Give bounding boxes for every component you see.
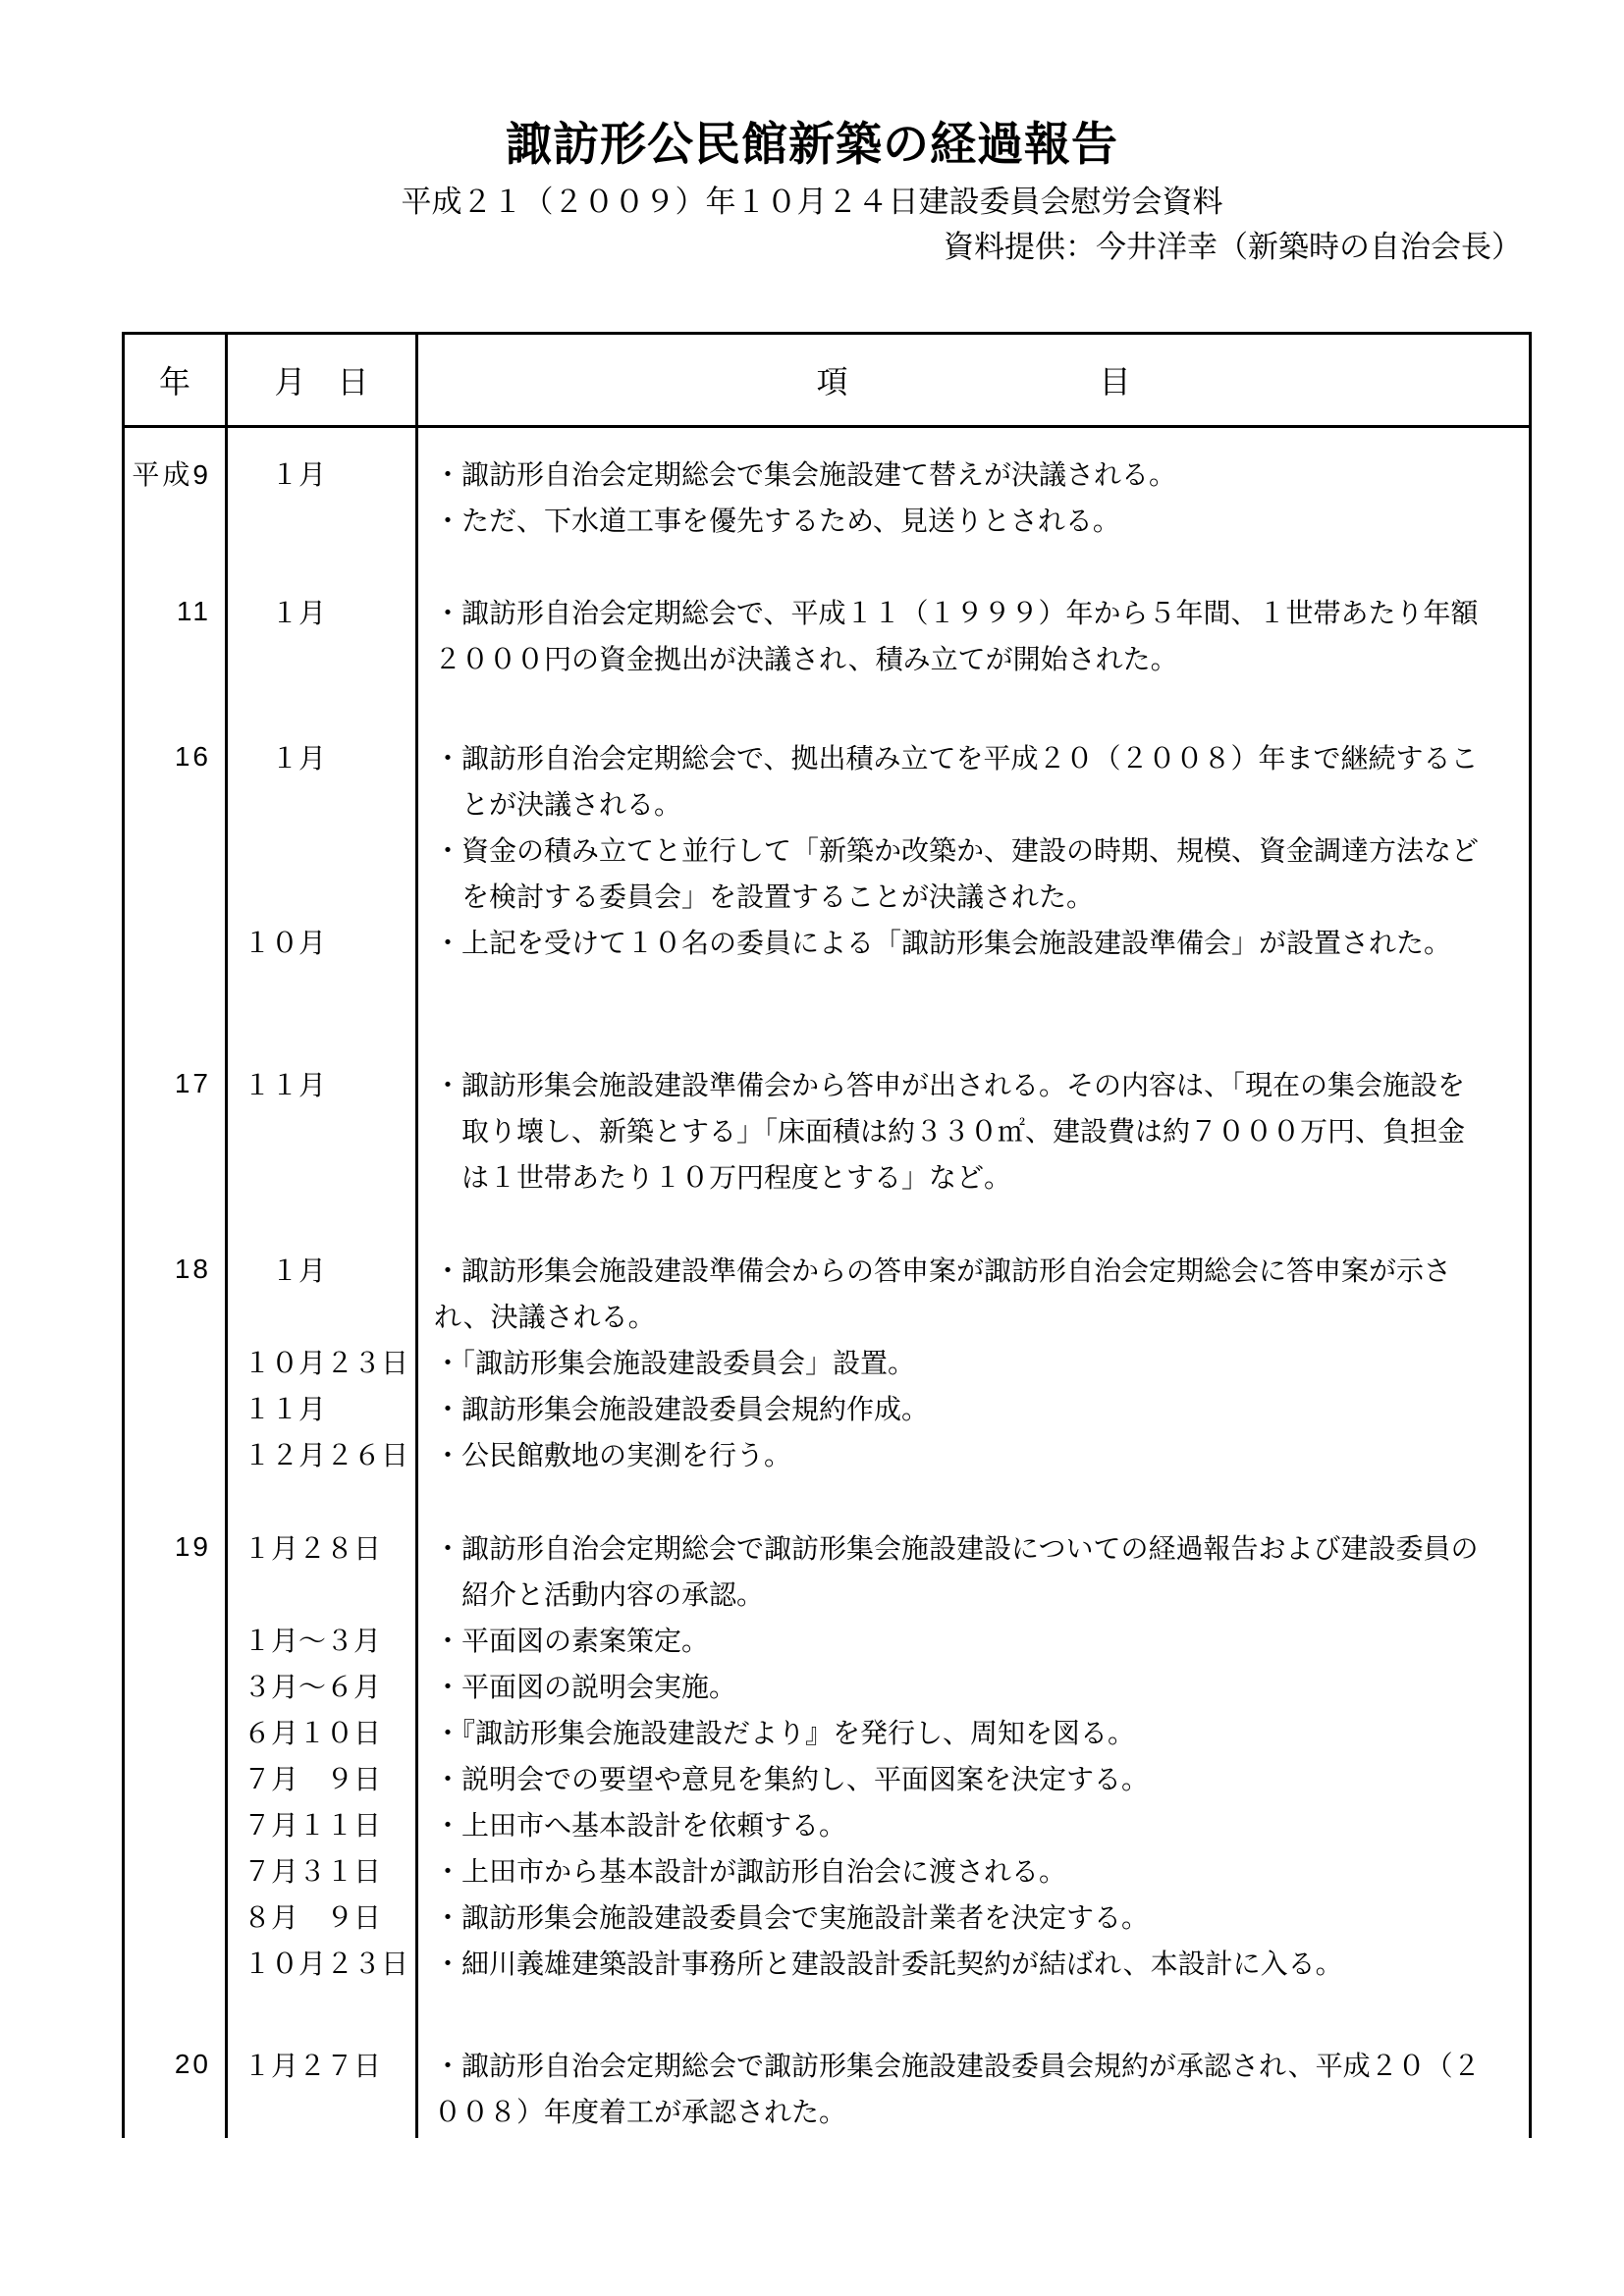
year-cell [125, 1662, 225, 1708]
year-cell: 平成9 [125, 450, 225, 496]
table-line: を検討する委員会」を設置することが決議された。 [125, 872, 1529, 918]
table-line: １１月・諏訪形集会施設建設委員会規約作成。 [125, 1384, 1529, 1430]
item-text: ・説明会での要望や意見を集約し、平面図案を決定する。 [418, 1754, 1529, 1800]
table-line: ００８）年度着工が承認された。 [125, 2087, 1529, 2133]
item-text: ・諏訪形自治会定期総会で諏訪形集会施設建設についての経過報告および建設委員の [418, 1523, 1529, 1570]
page-title: 諏訪形公民館新築の経過報告 [0, 108, 1624, 174]
table-line: ７月１１日・上田市へ基本設計を依頼する。 [125, 1800, 1529, 1846]
item-text: ・諏訪形自治会定期総会で、拠出積み立てを平成２０（２００８）年まで継続するこ [418, 733, 1529, 779]
item-text: 取り壊し、新築とする」「床面積は約３３０㎡、建設費は約７０００万円、負担金 [418, 1106, 1529, 1152]
table-line: とが決議される。 [125, 779, 1529, 826]
date-cell [225, 1152, 418, 1199]
table-line: １０月２３日・細川義雄建築設計事務所と建設設計委託契約が結ばれ、本設計に入る。 [125, 1939, 1529, 1985]
row-gap [125, 680, 1529, 733]
year-cell [125, 2087, 225, 2133]
item-text: は１世帯あたり１０万円程度とする」など。 [418, 1152, 1529, 1199]
year-cell [125, 496, 225, 542]
table-line: ２０００円の資金拠出が決議され、積み立てが開始された。 [125, 634, 1529, 680]
item-text: ・「諏訪形集会施設建設委員会」設置。 [418, 1338, 1529, 1384]
table-line: 20１月２７日・諏訪形自治会定期総会で諏訪形集会施設建設委員会規約が承認され、平… [125, 2041, 1529, 2087]
year-cell [125, 1846, 225, 1893]
table-header-row: 年 月 日 項 目 [125, 335, 1529, 428]
date-cell: １１月 [225, 1384, 418, 1430]
date-cell: １月 [225, 733, 418, 779]
date-cell [225, 496, 418, 542]
table-line: ７月３１日・上田市から基本設計が諏訪形自治会に渡される。 [125, 1846, 1529, 1893]
year-cell [125, 918, 225, 964]
date-cell: １月２７日 [225, 2041, 418, 2087]
date-cell: ３月～６月 [225, 1662, 418, 1708]
item-text: ・上田市から基本設計が諏訪形自治会に渡される。 [418, 1846, 1529, 1893]
row-gap [125, 964, 1529, 1060]
date-cell [225, 1106, 418, 1152]
item-text: ・諏訪形自治会定期総会で集会施設建て替えが決議される。 [418, 450, 1529, 496]
year-cell [125, 1338, 225, 1384]
table-line: １０月２３日・「諏訪形集会施設建設委員会」設置。 [125, 1338, 1529, 1384]
table-line: ・資金の積み立てと並行して「新築か改築か、建設の時期、規模、資金調達方法など [125, 826, 1529, 872]
date-cell: １０月 [225, 918, 418, 964]
item-text: ・細川義雄建築設計事務所と建設設計委託契約が結ばれ、本設計に入る。 [418, 1939, 1529, 1985]
table-line: １０月・上記を受けて１０名の委員による「諏訪形集会施設建設準備会」が設置された。 [125, 918, 1529, 964]
date-cell: １１月 [225, 1060, 418, 1106]
header-item: 項 目 [418, 335, 1529, 425]
year-cell [125, 1939, 225, 1985]
item-text: れ、決議される。 [418, 1292, 1529, 1338]
table-line: 17１１月・諏訪形集会施設建設準備会から答申が出される。その内容は、「現在の集会… [125, 1060, 1529, 1106]
item-text: ・平面図の説明会実施。 [418, 1662, 1529, 1708]
item-text: ・上記を受けて１０名の委員による「諏訪形集会施設建設準備会」が設置された。 [418, 918, 1529, 964]
item-text: 紹介と活動内容の承認。 [418, 1570, 1529, 1616]
year-cell [125, 1893, 225, 1939]
year-cell: 17 [125, 1060, 225, 1106]
row-gap [125, 1985, 1529, 2041]
year-cell: 20 [125, 2041, 225, 2087]
year-cell [125, 1152, 225, 1199]
table-line: 18 １月・諏訪形集会施設建設準備会からの答申案が諏訪形自治会定期総会に答申案が… [125, 1246, 1529, 1292]
year-cell [125, 1106, 225, 1152]
year-cell [125, 1430, 225, 1476]
date-cell: １月 [225, 1246, 418, 1292]
date-cell [225, 779, 418, 826]
item-text: ・ただ、下水道工事を優先するため、見送りとされる。 [418, 496, 1529, 542]
document-page: 諏訪形公民館新築の経過報告 平成２１（２００９）年１０月２４日建設委員会慰労会資… [0, 0, 1624, 2296]
table-line: 19１月２８日・諏訪形自治会定期総会で諏訪形集会施設建設についての経過報告および… [125, 1523, 1529, 1570]
date-cell: ８月 ９日 [225, 1893, 418, 1939]
year-cell [125, 1570, 225, 1616]
date-cell: ６月１０日 [225, 1708, 418, 1754]
header-month-day: 月 日 [225, 335, 418, 425]
year-cell [125, 872, 225, 918]
table-line: 平成9 １月・諏訪形自治会定期総会で集会施設建て替えが決議される。 [125, 450, 1529, 496]
date-cell: １０月２３日 [225, 1939, 418, 1985]
item-text: ２０００円の資金拠出が決議され、積み立てが開始された。 [418, 634, 1529, 680]
item-text: を検討する委員会」を設置することが決議された。 [418, 872, 1529, 918]
table-line: ６月１０日・『諏訪形集会施設建設だより』を発行し、周知を図る。 [125, 1708, 1529, 1754]
date-cell: ７月 ９日 [225, 1754, 418, 1800]
date-cell: １月～３月 [225, 1616, 418, 1662]
year-cell [125, 826, 225, 872]
date-cell: ７月１１日 [225, 1800, 418, 1846]
date-cell [225, 634, 418, 680]
table-line: 11 １月・諏訪形自治会定期総会で、平成１１（１９９９）年から５年間、１世帯あた… [125, 588, 1529, 634]
date-cell [225, 1570, 418, 1616]
table-line: ８月 ９日・諏訪形集会施設建設委員会で実施設計業者を決定する。 [125, 1893, 1529, 1939]
item-text: ・諏訪形自治会定期総会で諏訪形集会施設建設委員会規約が承認され、平成２０（２ [418, 2041, 1529, 2087]
year-cell [125, 1616, 225, 1662]
table-line: は１世帯あたり１０万円程度とする」など。 [125, 1152, 1529, 1199]
table-line: 紹介と活動内容の承認。 [125, 1570, 1529, 1616]
year-cell [125, 1384, 225, 1430]
item-text: ００８）年度着工が承認された。 [418, 2087, 1529, 2133]
table-line: ７月 ９日・説明会での要望や意見を集約し、平面図案を決定する。 [125, 1754, 1529, 1800]
date-cell [225, 1292, 418, 1338]
item-text: ・諏訪形自治会定期総会で、平成１１（１９９９）年から５年間、１世帯あたり年額 [418, 588, 1529, 634]
column-divider-date [415, 335, 418, 2138]
year-cell [125, 1754, 225, 1800]
row-gap [125, 1476, 1529, 1523]
item-text: とが決議される。 [418, 779, 1529, 826]
year-cell: 18 [125, 1246, 225, 1292]
credit-line: 資料提供：今井洋幸（新築時の自治会長） [0, 222, 1624, 266]
row-gap [125, 1199, 1529, 1246]
date-cell: １０月２３日 [225, 1338, 418, 1384]
date-cell: １月２８日 [225, 1523, 418, 1570]
table-line: ３月～６月・平面図の説明会実施。 [125, 1662, 1529, 1708]
item-text: ・『諏訪形集会施設建設だより』を発行し、周知を図る。 [418, 1708, 1529, 1754]
date-cell [225, 826, 418, 872]
year-cell [125, 779, 225, 826]
year-cell: 16 [125, 733, 225, 779]
year-cell [125, 1800, 225, 1846]
item-text: ・諏訪形集会施設建設委員会で実施設計業者を決定する。 [418, 1893, 1529, 1939]
item-text: ・諏訪形集会施設建設準備会から答申が出される。その内容は、「現在の集会施設を [418, 1060, 1529, 1106]
table-body: 平成9 １月・諏訪形自治会定期総会で集会施設建て替えが決議される。・ただ、下水道… [125, 428, 1529, 2133]
item-text: ・公民館敷地の実測を行う。 [418, 1430, 1529, 1476]
table-line: 取り壊し、新築とする」「床面積は約３３０㎡、建設費は約７０００万円、負担金 [125, 1106, 1529, 1152]
header-year: 年 [125, 335, 225, 425]
item-text: ・資金の積み立てと並行して「新築か改築か、建設の時期、規模、資金調達方法など [418, 826, 1529, 872]
item-text: ・諏訪形集会施設建設委員会規約作成。 [418, 1384, 1529, 1430]
column-divider-year [225, 335, 228, 2138]
date-cell [225, 2087, 418, 2133]
date-cell [225, 872, 418, 918]
table-line: １２月２６日・公民館敷地の実測を行う。 [125, 1430, 1529, 1476]
row-gap [125, 542, 1529, 588]
table-line: ・ただ、下水道工事を優先するため、見送りとされる。 [125, 496, 1529, 542]
date-cell: ７月３１日 [225, 1846, 418, 1893]
year-cell [125, 1708, 225, 1754]
year-cell: 11 [125, 588, 225, 634]
table-line: 16 １月・諏訪形自治会定期総会で、拠出積み立てを平成２０（２００８）年まで継続… [125, 733, 1529, 779]
date-cell: １月 [225, 450, 418, 496]
date-cell: １２月２６日 [225, 1430, 418, 1476]
progress-table: 年 月 日 項 目 平成9 １月・諏訪形自治会定期総会で集会施設建て替えが決議さ… [122, 332, 1532, 2138]
table-line: れ、決議される。 [125, 1292, 1529, 1338]
item-text: ・平面図の素案策定。 [418, 1616, 1529, 1662]
item-text: ・上田市へ基本設計を依頼する。 [418, 1800, 1529, 1846]
page-subtitle: 平成２１（２００９）年１０月２４日建設委員会慰労会資料 [0, 177, 1624, 221]
year-cell [125, 1292, 225, 1338]
year-cell [125, 634, 225, 680]
date-cell: １月 [225, 588, 418, 634]
table-line: １月～３月・平面図の素案策定。 [125, 1616, 1529, 1662]
year-cell: 19 [125, 1523, 225, 1570]
item-text: ・諏訪形集会施設建設準備会からの答申案が諏訪形自治会定期総会に答申案が示さ [418, 1246, 1529, 1292]
